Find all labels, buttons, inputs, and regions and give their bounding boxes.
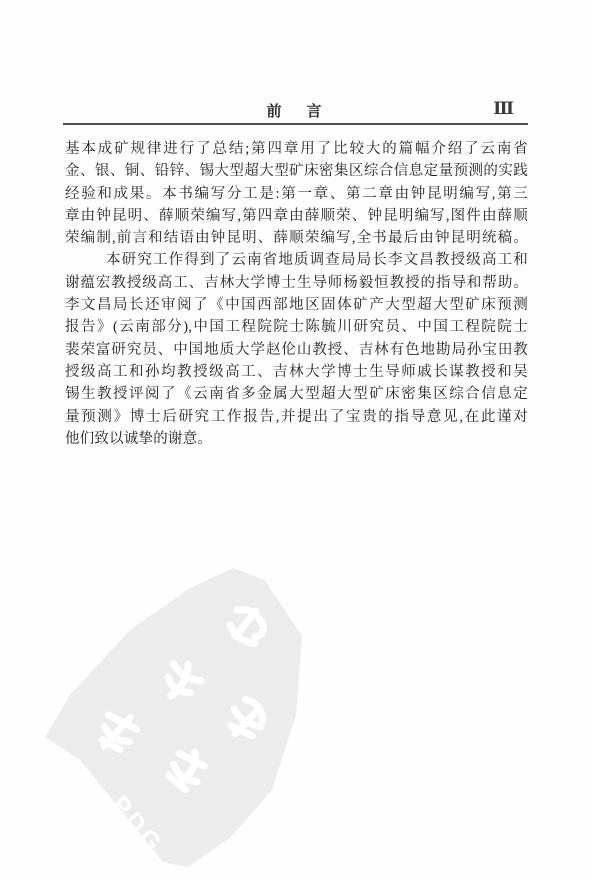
text-line: 锡生教授评阅了《云南省多金属大型超大型矿床密集区综合信息定	[65, 383, 528, 405]
header-rule	[63, 123, 528, 125]
book-page: 前 言 Ⅲ 基本成矿规律进行了总结;第四章用了比较大的篇幅介绍了云南省 金、银、…	[0, 0, 592, 880]
text-line: 李文昌局长还审阅了《中国西部地区固体矿产大型超大型矿床预测	[65, 294, 528, 316]
page-header: 前 言 Ⅲ	[65, 100, 528, 120]
pdg-watermark: PDG	[20, 555, 330, 875]
text-line: 经验和成果。本书编写分工是:第一章、第二章由钟昆明编写,第三	[65, 183, 528, 205]
text-line: 报告》(云南部分),中国工程院院士陈毓川研究员、中国工程院院士	[65, 316, 528, 338]
page-title: 前 言	[65, 100, 528, 121]
seal-script-glyphs	[93, 602, 271, 793]
body-text: 基本成矿规律进行了总结;第四章用了比较大的篇幅介绍了云南省 金、银、铜、铅锌、锡…	[65, 138, 528, 450]
text-line: 谢蕴宏教授级高工、吉林大学博士生导师杨毅恒教授的指导和帮助。	[65, 272, 528, 294]
text-line: 章由钟昆明、薛顺荣编写,第四章由薛顺荣、钟昆明编写,图件由薛顺	[65, 205, 528, 227]
text-line: 基本成矿规律进行了总结;第四章用了比较大的篇幅介绍了云南省	[65, 138, 528, 160]
text-line: 授级高工和孙均教授级高工、吉林大学博士生导师戚长谋教授和吴	[65, 361, 528, 383]
watermark-pdg-label: PDG	[105, 791, 169, 860]
text-line: 他们致以诚挚的谢意。	[65, 428, 528, 450]
text-line: 裴荣富研究员、中国地质大学赵伦山教授、吉林有色地勘局孙宝田教	[65, 339, 528, 361]
page-number: Ⅲ	[493, 99, 514, 119]
text-line: 本研究工作得到了云南省地质调查局局长李文昌教授级高工和	[65, 249, 528, 271]
text-line: 荣编制,前言和结语由钟昆明、薛顺荣编写,全书最后由钟昆明统稿。	[65, 227, 528, 249]
text-line: 量预测》博士后研究工作报告,并提出了宝贵的指导意见,在此谨对	[65, 406, 528, 428]
watermark-shape	[45, 568, 302, 867]
text-line: 金、银、铜、铅锌、锡大型超大型矿床密集区综合信息定量预测的实践	[65, 160, 528, 182]
